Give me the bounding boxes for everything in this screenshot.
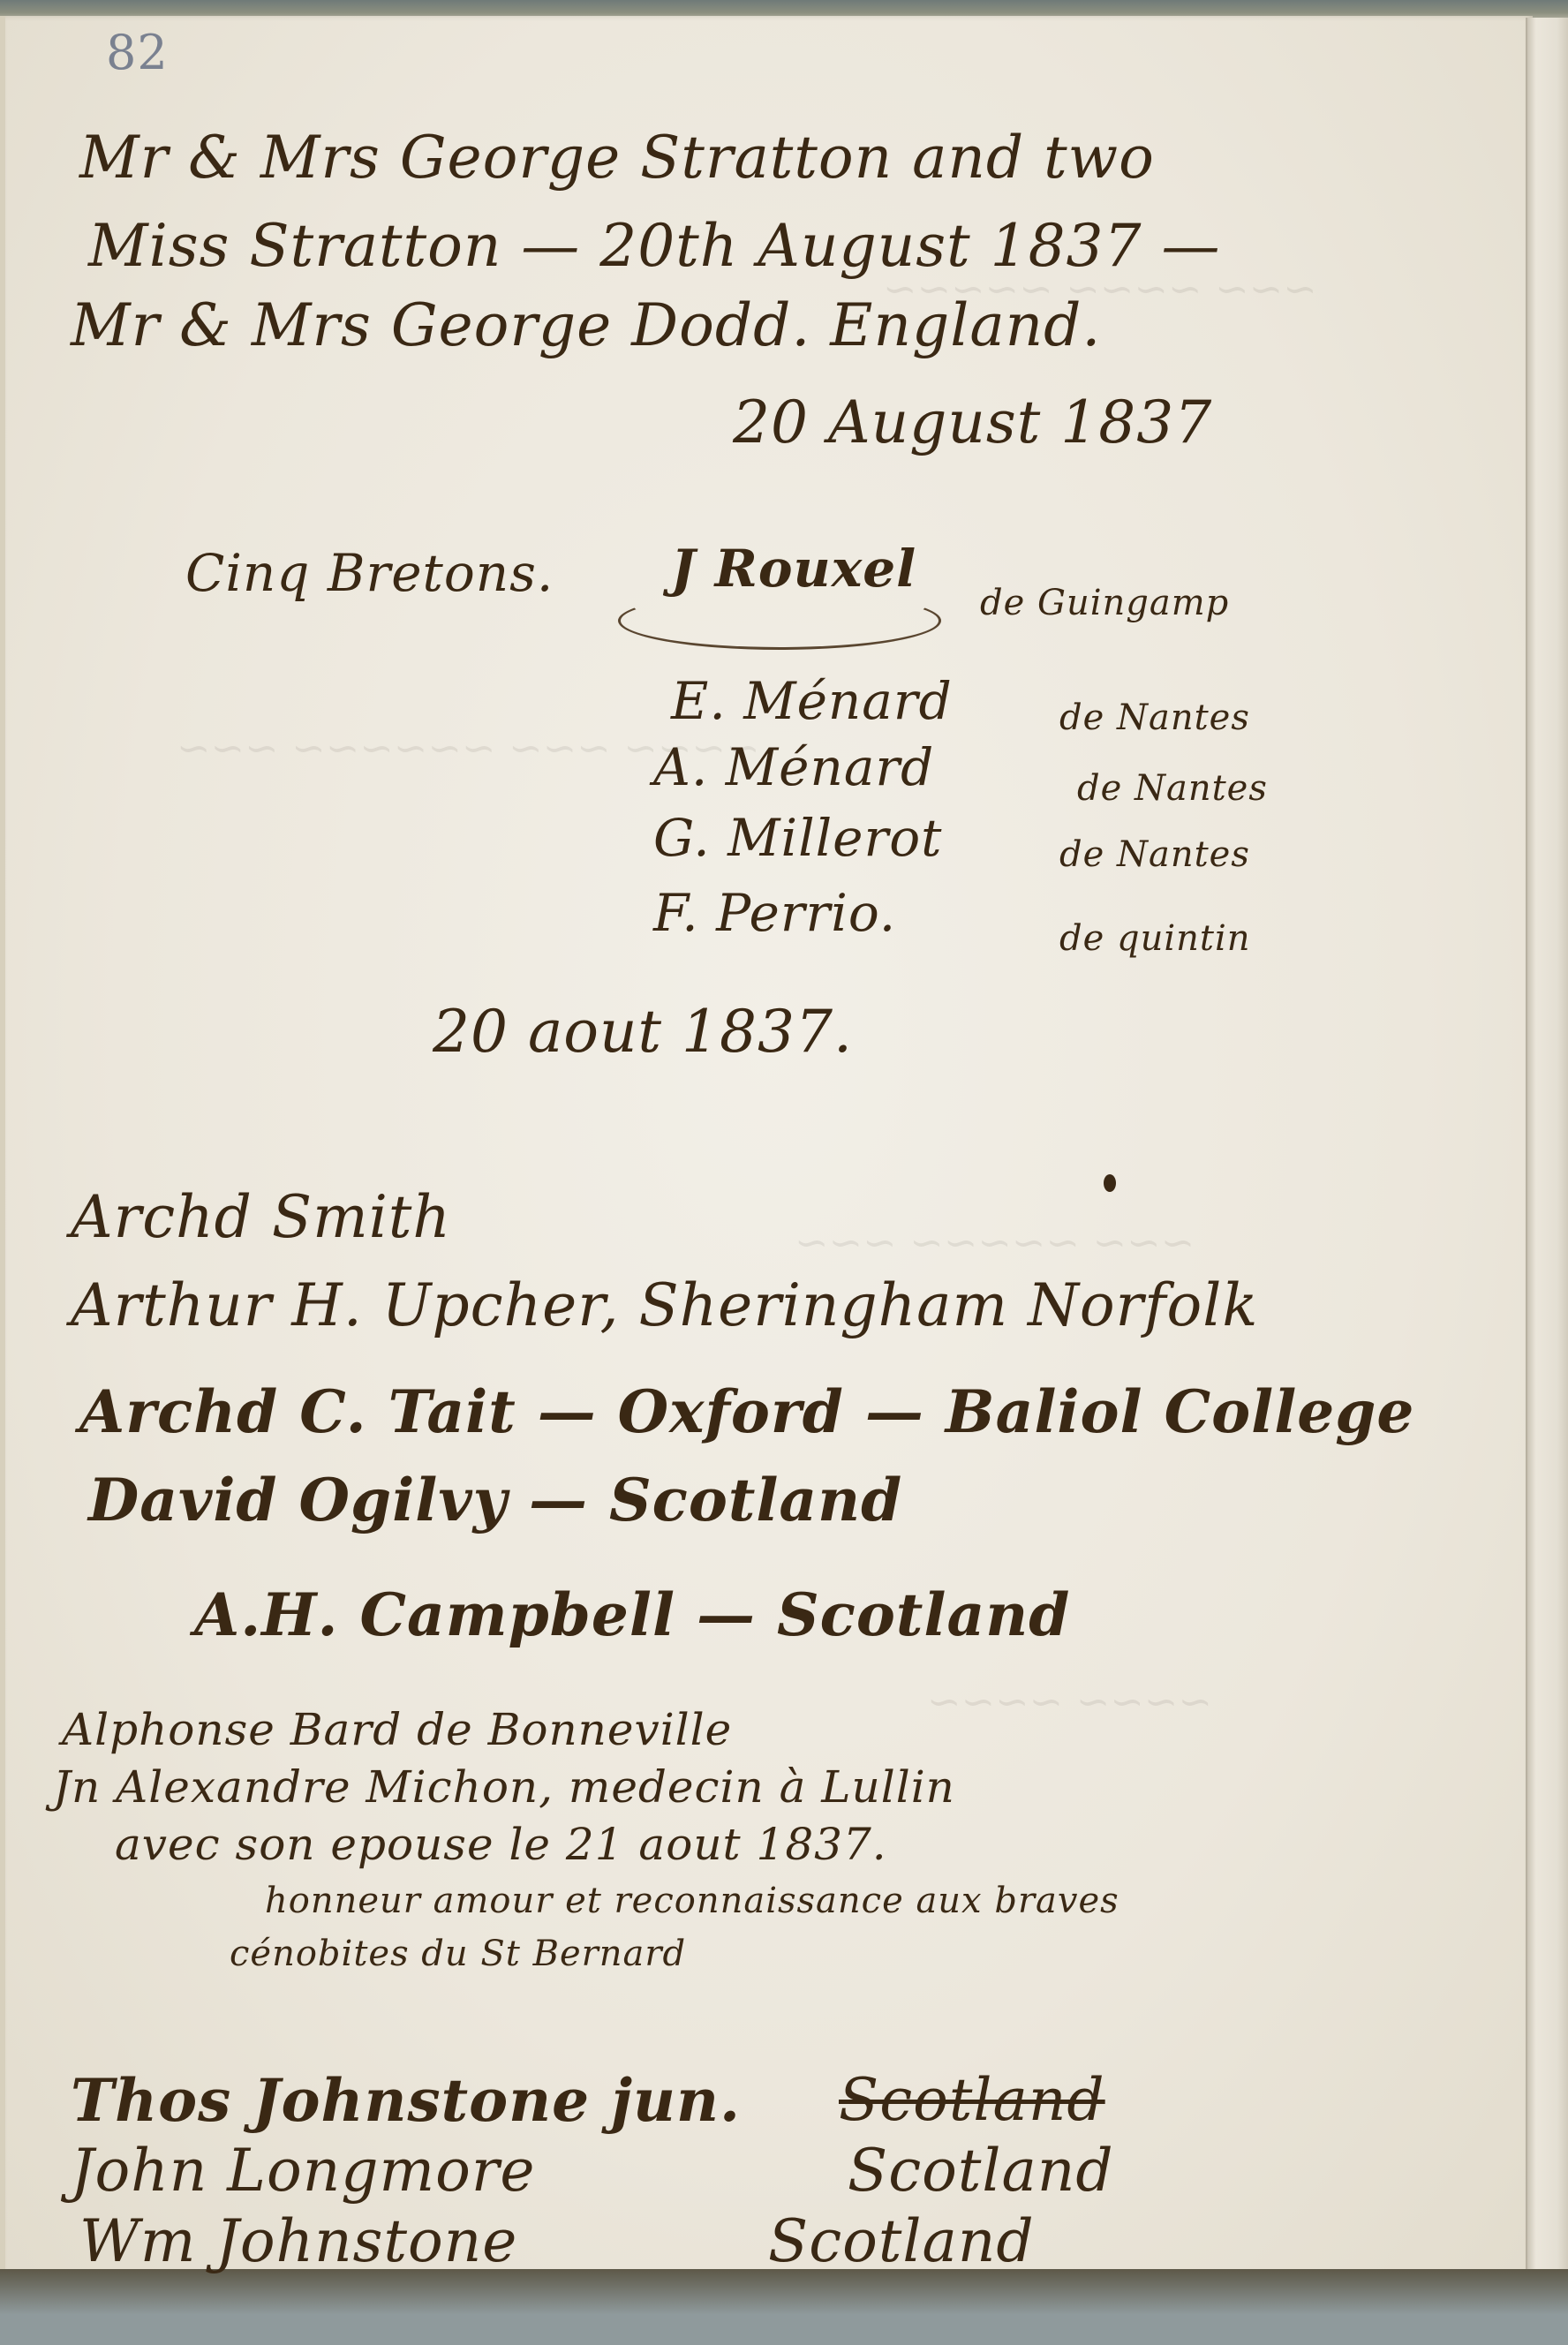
entry-name: John Longmore	[71, 2137, 535, 2205]
entry-line: 20 August 1837	[733, 388, 1212, 456]
entry-name: F. Perrio.	[653, 883, 896, 943]
entry-line: honneur amour et reconnaissance aux brav…	[265, 1881, 1119, 1921]
ink-blot	[1104, 1174, 1116, 1192]
entry-line: avec son epouse le 21 aout 1837.	[115, 1819, 887, 1870]
entry-place: de Guingamp	[980, 583, 1229, 623]
book-bottom-edge	[0, 2269, 1568, 2345]
entry-line: Miss Stratton — 20th August 1837 —	[88, 212, 1221, 280]
bleed-through-text: ~~~~ ~~~~	[927, 1678, 1212, 1725]
entry-line: Archd Smith	[71, 1183, 451, 1251]
entry-line: Jn Alexandre Michon, medecin à Lullin	[53, 1761, 955, 1813]
entry-name: J Rouxel	[671, 539, 916, 599]
entry-line: Archd C. Tait — Oxford — Baliol College	[79, 1377, 1414, 1446]
entry-line: Mr & Mrs George Stratton and two	[79, 124, 1155, 192]
entry-line: Arthur H. Upcher, Sheringham Norfolk	[71, 1271, 1258, 1339]
entry-place: Scotland	[839, 2066, 1105, 2134]
entry-line: cénobites du St Bernard	[230, 1934, 686, 1974]
entry-line: Alphonse Bard de Bonneville	[62, 1704, 732, 1755]
bleed-through-text: ~~~ ~~~~~ ~~~	[795, 1218, 1195, 1266]
entry-name: E. Ménard	[671, 671, 953, 731]
page-fold-edge	[1526, 18, 1568, 2296]
entry-line: A.H. Campbell — Scotland	[194, 1580, 1070, 1649]
entry-name: Thos Johnstone jun.	[71, 2066, 741, 2135]
page-number: 82	[106, 25, 169, 80]
entry-place: de quintin	[1059, 918, 1251, 959]
entry-date: 20 aout 1837.	[433, 998, 853, 1066]
entry-name: G. Millerot	[653, 808, 942, 868]
entry-place: de Nantes	[1077, 768, 1268, 809]
entry-name: A. Ménard	[653, 737, 934, 797]
entry-place: Scotland	[848, 2137, 1114, 2205]
entry-place: Scotland	[768, 2207, 1035, 2275]
signature-flourish	[618, 592, 941, 650]
entry-place: de Nantes	[1059, 697, 1250, 738]
entry-name: Wm Johnstone	[79, 2207, 517, 2275]
entry-place: de Nantes	[1059, 834, 1250, 875]
entry-line: David Ogilvy — Scotland	[88, 1466, 902, 1534]
entry-heading: Cinq Bretons.	[185, 543, 554, 603]
entry-line: Mr & Mrs George Dodd. England.	[71, 291, 1101, 359]
